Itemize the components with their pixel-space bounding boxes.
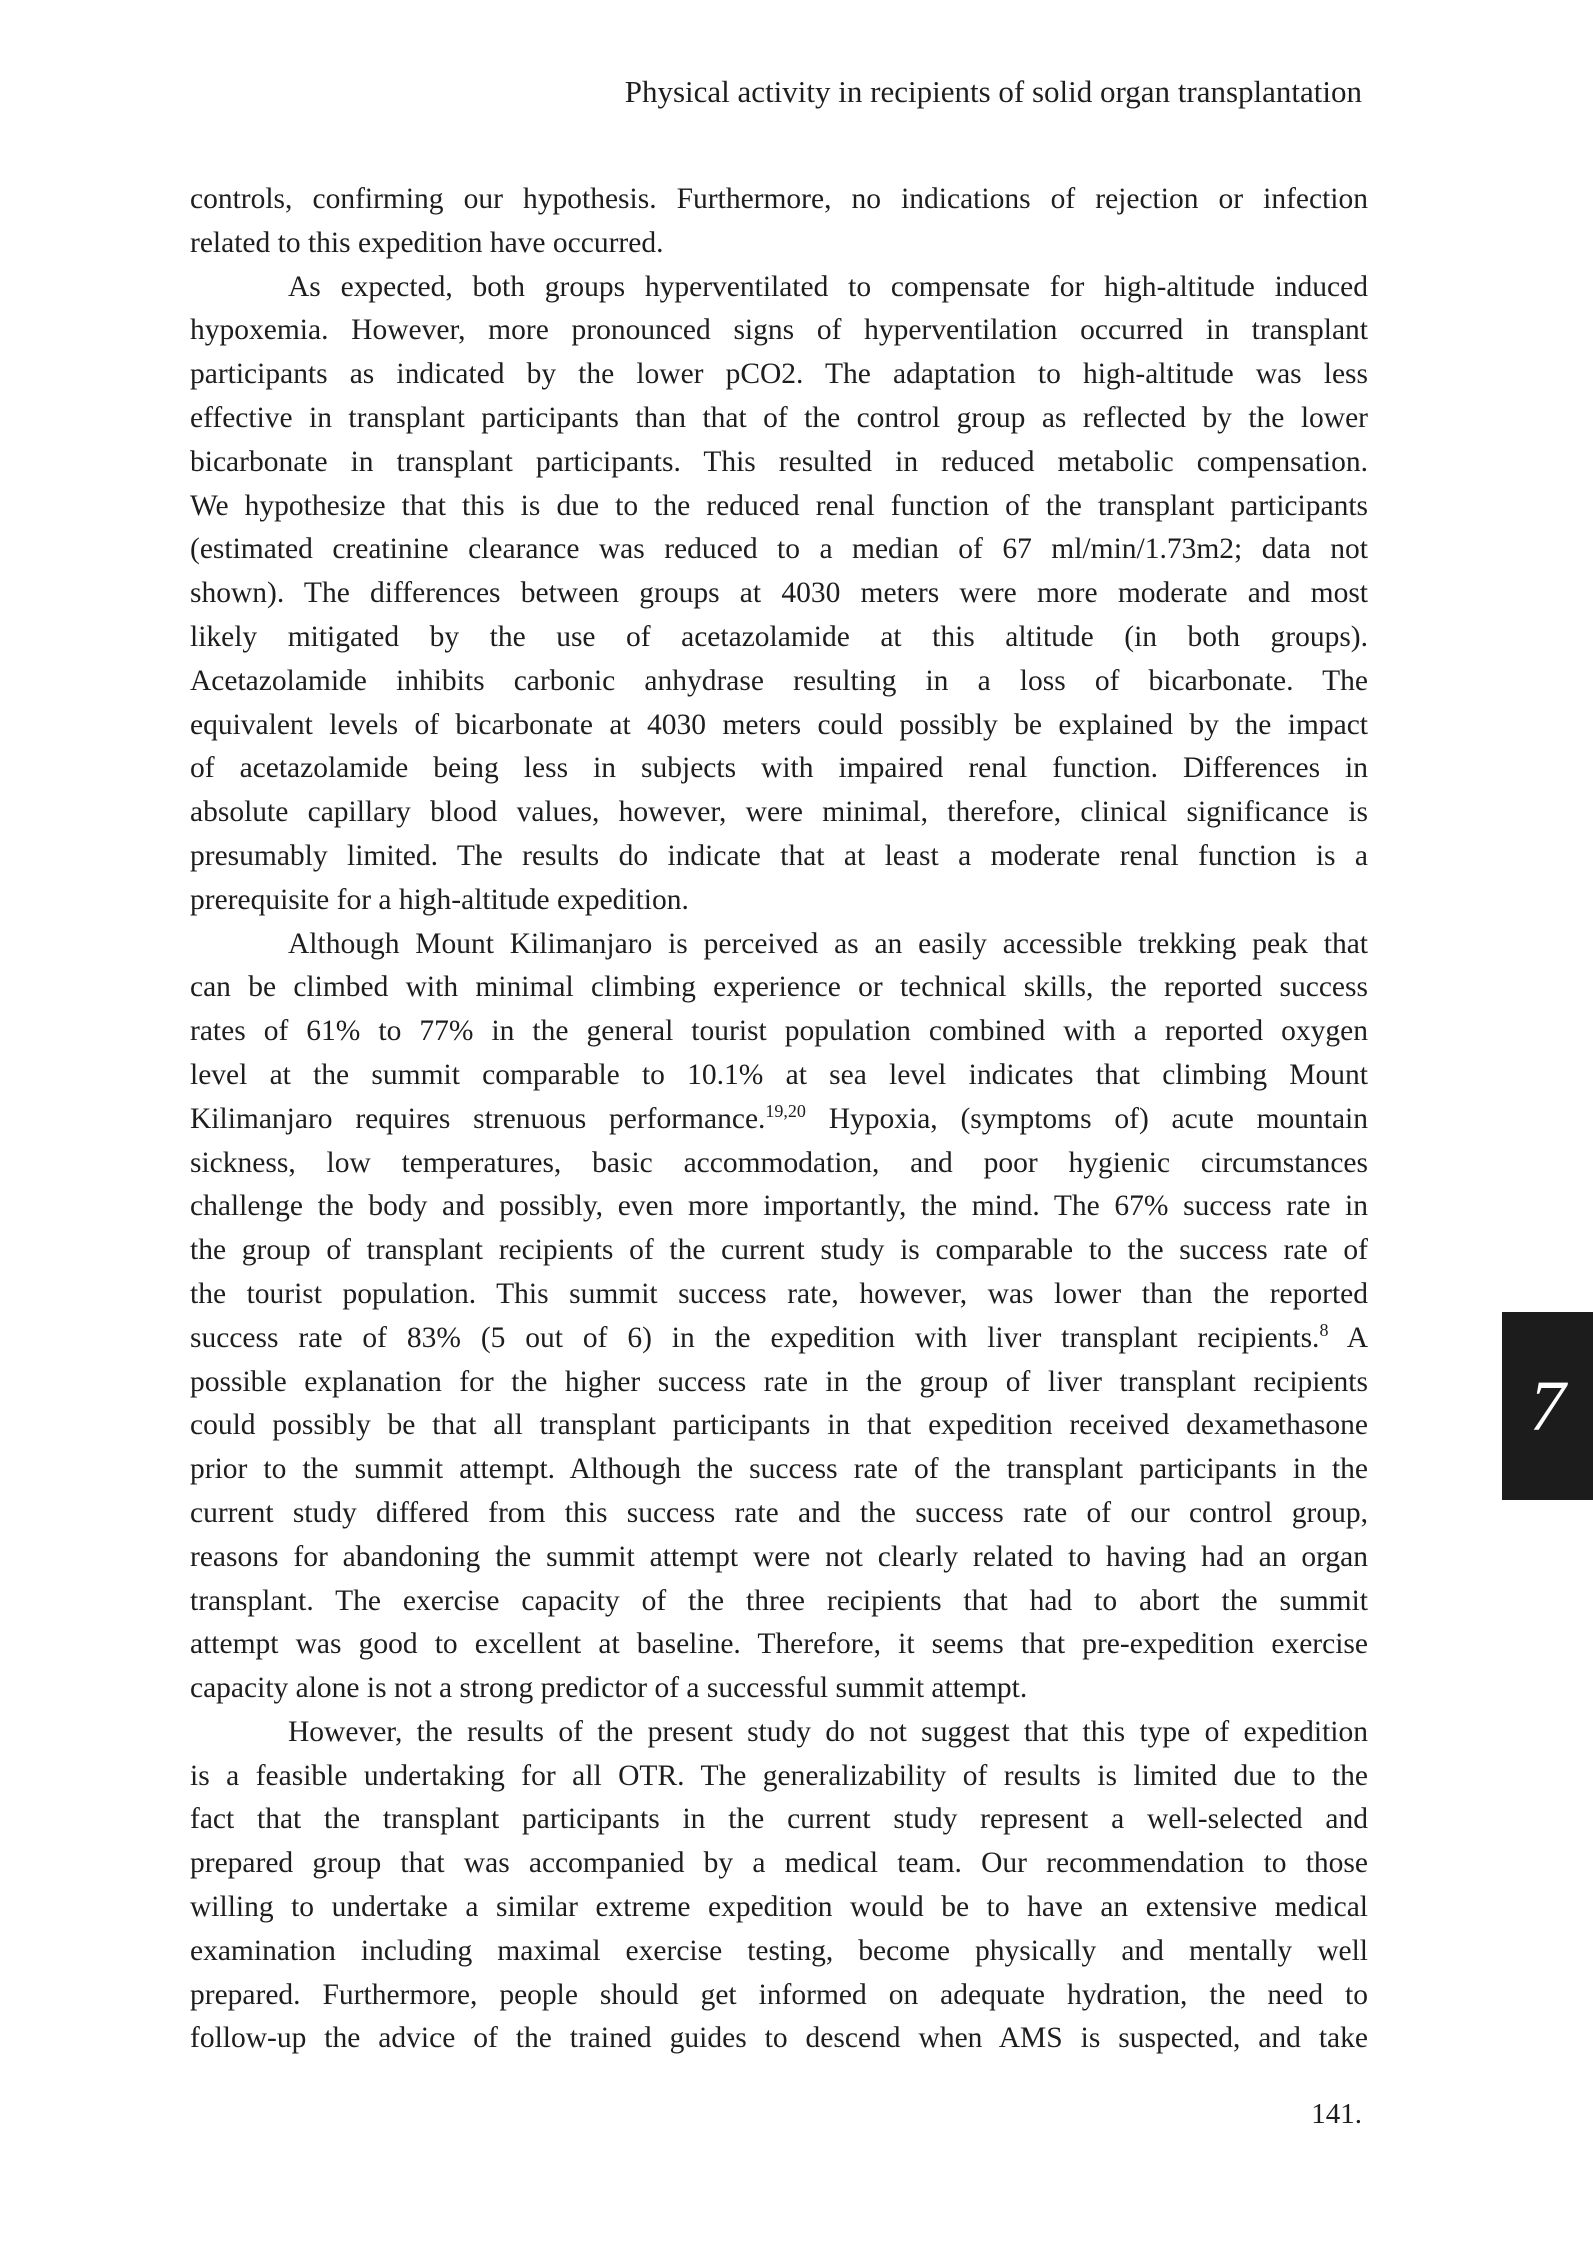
body-text: controls, confirming our hypothesis. Fur… (190, 178, 1368, 2061)
chapter-number: 7 (1530, 1370, 1566, 1442)
text-line: current study differed from this success… (190, 1492, 1368, 1536)
text-line: Acetazolamide inhibits carbonic anhydras… (190, 660, 1368, 704)
text-line: However, the results of the present stud… (190, 1711, 1368, 1755)
text-line: could possibly be that all transplant pa… (190, 1404, 1368, 1448)
text-line: presumably limited. The results do indic… (190, 835, 1368, 879)
chapter-tab: 7 (1502, 1312, 1593, 1500)
text-line: We hypothesize that this is due to the r… (190, 485, 1368, 529)
text-line: the tourist population. This summit succ… (190, 1273, 1368, 1317)
text-line: follow-up the advice of the trained guid… (190, 2017, 1368, 2061)
citation-reference[interactable]: 19,20 (765, 1101, 806, 1121)
text-line-with-citation: success rate of 83% (5 out of 6) in the … (190, 1317, 1368, 1361)
text-line: transplant. The exercise capacity of the… (190, 1580, 1368, 1624)
text-line: of acetazolamide being less in subjects … (190, 747, 1368, 791)
text-segment: Hypoxia, (symptoms of) acute mountain (806, 1103, 1368, 1135)
text-segment: success rate of 83% (5 out of 6) in the … (190, 1322, 1319, 1354)
text-line: prior to the summit attempt. Although th… (190, 1448, 1368, 1492)
text-line: bicarbonate in transplant participants. … (190, 441, 1368, 485)
text-line: As expected, both groups hyperventilated… (190, 266, 1368, 310)
text-line: effective in transplant participants tha… (190, 397, 1368, 441)
paragraph: As expected, both groups hyperventilated… (190, 266, 1368, 923)
paragraph: However, the results of the present stud… (190, 1711, 1368, 2061)
text-line: prerequisite for a high-altitude expedit… (190, 879, 1368, 923)
text-line: participants as indicated by the lower p… (190, 353, 1368, 397)
text-line: prepared group that was accompanied by a… (190, 1842, 1368, 1886)
text-line: sickness, low temperatures, basic accomm… (190, 1142, 1368, 1186)
text-line: challenge the body and possibly, even mo… (190, 1185, 1368, 1229)
paragraph: controls, confirming our hypothesis. Fur… (190, 178, 1368, 266)
text-line: hypoxemia. However, more pronounced sign… (190, 309, 1368, 353)
text-line: attempt was good to excellent at baselin… (190, 1623, 1368, 1667)
text-line: level at the summit comparable to 10.1% … (190, 1054, 1368, 1098)
text-line: (estimated creatinine clearance was redu… (190, 528, 1368, 572)
text-line: capacity alone is not a strong predictor… (190, 1667, 1368, 1711)
text-line: reasons for abandoning the summit attemp… (190, 1536, 1368, 1580)
running-head: Physical activity in recipients of solid… (625, 72, 1362, 112)
text-line: shown). The differences between groups a… (190, 572, 1368, 616)
text-line: equivalent levels of bicarbonate at 4030… (190, 704, 1368, 748)
text-line: rates of 61% to 77% in the general touri… (190, 1010, 1368, 1054)
page-number: 141. (1311, 2096, 1362, 2132)
text-line-with-citation: Kilimanjaro requires strenuous performan… (190, 1098, 1368, 1142)
text-line: likely mitigated by the use of acetazola… (190, 616, 1368, 660)
text-line: willing to undertake a similar extreme e… (190, 1886, 1368, 1930)
text-line: fact that the transplant participants in… (190, 1798, 1368, 1842)
text-line: the group of transplant recipients of th… (190, 1229, 1368, 1273)
text-line: is a feasible undertaking for all OTR. T… (190, 1755, 1368, 1799)
text-line: prepared. Furthermore, people should get… (190, 1974, 1368, 2018)
text-line: possible explanation for the higher succ… (190, 1361, 1368, 1405)
text-line: examination including maximal exercise t… (190, 1930, 1368, 1974)
paragraph: Although Mount Kilimanjaro is perceived … (190, 923, 1368, 1711)
text-segment: A (1328, 1322, 1368, 1354)
text-line: controls, confirming our hypothesis. Fur… (190, 178, 1368, 222)
text-line: can be climbed with minimal climbing exp… (190, 966, 1368, 1010)
text-line: Although Mount Kilimanjaro is perceived … (190, 923, 1368, 967)
text-line: absolute capillary blood values, however… (190, 791, 1368, 835)
text-line: related to this expedition have occurred… (190, 222, 1368, 266)
text-segment: Kilimanjaro requires strenuous performan… (190, 1103, 765, 1135)
